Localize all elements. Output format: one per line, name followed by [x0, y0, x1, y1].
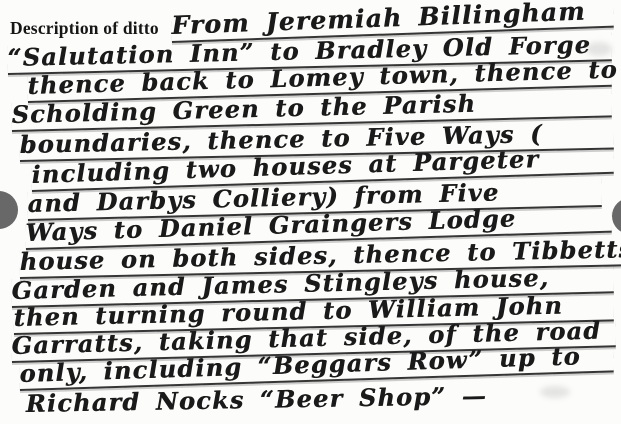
next-image-button[interactable] — [612, 198, 621, 234]
previous-image-button[interactable] — [0, 191, 18, 229]
cropped-text-fragment: '' ' '' ''' ' — [8, 0, 99, 6]
paper-smudge — [540, 386, 570, 398]
printed-field-label: Description of ditto — [10, 18, 159, 39]
document-viewer: '' ' '' ''' ' Description of ditto From … — [0, 0, 621, 424]
paper-smudge — [586, 42, 612, 56]
